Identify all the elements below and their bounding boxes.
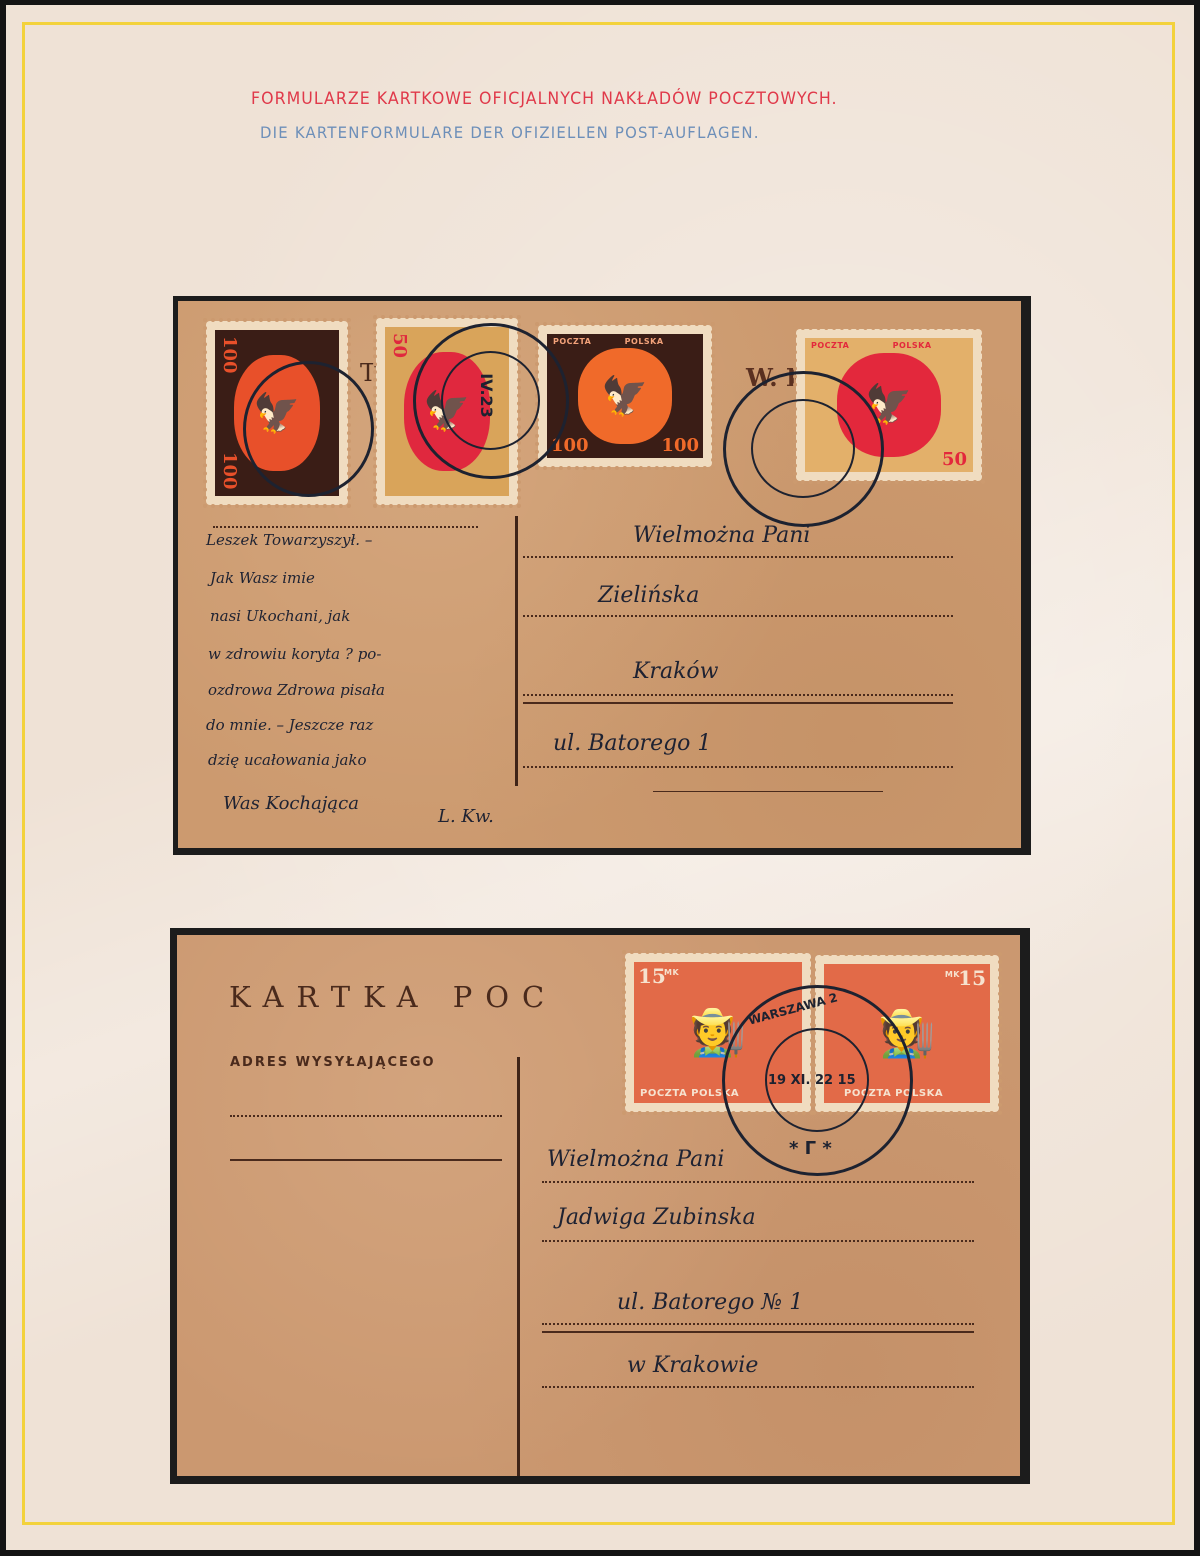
stamp-country: POCZTA POLSKA xyxy=(553,337,697,346)
message-line: Was Kochająca xyxy=(223,793,359,814)
address-line-4 xyxy=(523,766,953,768)
stamp-value: 50 xyxy=(389,333,410,358)
card-heading: KARTKA POC xyxy=(229,980,557,1014)
stamp-face: POCZTA POLSKA 🦅 100 100 xyxy=(547,334,703,458)
postcard-mount-bottom: KARTKA POC ADRES WYSYŁAJĄCEGO 15 MK 🧑‍🌾 … xyxy=(170,928,1030,1484)
postmark-inner-ring xyxy=(751,399,855,498)
address-line: w Krakowie xyxy=(627,1353,758,1378)
postmark-date: IV.23 xyxy=(477,373,496,418)
message-line: ozdrowa Zdrowa pisała xyxy=(208,681,385,699)
address-line-1 xyxy=(542,1181,974,1183)
message-line: Leszek Towarzyszył. – xyxy=(206,531,372,549)
stamp-value: 100 xyxy=(219,336,240,374)
postmark-circle: IV.23 xyxy=(413,323,569,479)
stamp-unit: MK xyxy=(945,970,960,979)
address-line: ul. Batorego № 1 xyxy=(617,1290,803,1315)
page-title-german: DIE KARTENFORMULARE DER OFIZIELLEN POST-… xyxy=(260,123,948,142)
message-line: w zdrowiu koryta ? po- xyxy=(208,645,381,663)
address-flourish xyxy=(653,791,883,792)
address-line-1 xyxy=(523,556,953,558)
message-line: do mnie. – Jeszcze raz xyxy=(206,716,373,734)
address-line-2 xyxy=(542,1240,974,1242)
address-line: ul. Batorego 1 xyxy=(553,731,711,756)
postmark-circle: WARSZAWA 2 19 XI. 22 15 * Γ * xyxy=(722,985,913,1176)
stamp-value: 15 xyxy=(958,966,986,990)
stamp-value: 100 xyxy=(661,435,699,456)
address-line-3 xyxy=(542,1323,974,1325)
card-divider xyxy=(515,516,518,786)
signature: L. Kw. xyxy=(438,806,494,827)
stamp-country: POCZTA POLSKA xyxy=(811,341,967,350)
postmark-date: 19 XI. 22 15 xyxy=(768,1073,856,1088)
sender-line-2 xyxy=(230,1159,502,1161)
eagle-icon: 🦅 xyxy=(578,348,672,445)
postcard-mount-top: T W. KAPN 🦅 100 100 🦅 50 POCZTA POLSKA 🦅… xyxy=(173,296,1031,855)
card-divider xyxy=(517,1057,520,1476)
postcard-bottom[interactable]: KARTKA POC ADRES WYSYŁAJĄCEGO 15 MK 🧑‍🌾 … xyxy=(177,935,1020,1476)
stamp-value: 15 xyxy=(638,964,666,988)
stamp-unit: MK xyxy=(664,968,679,977)
address-line: Kraków xyxy=(633,659,718,684)
sender-line xyxy=(213,526,478,528)
message-line: dzię ucałowania jako xyxy=(208,751,367,769)
address-line: Jadwiga Zubinska xyxy=(557,1205,756,1230)
message-line: Jak Wasz imie xyxy=(210,569,315,587)
postmark-circle xyxy=(723,371,884,527)
sender-line-1 xyxy=(230,1115,502,1117)
postmark-bottom: * Γ * xyxy=(789,1138,832,1159)
address-line-2 xyxy=(523,615,953,617)
sender-address-label: ADRES WYSYŁAJĄCEGO xyxy=(230,1055,436,1070)
address-line-3-underline xyxy=(542,1331,974,1333)
message-line: nasi Ukochani, jak xyxy=(210,607,350,625)
address-line: Zielińska xyxy=(598,583,699,608)
page-title-polish: FORMULARZE KARTKOWE OFICJALNYCH NAKŁADÓW… xyxy=(251,89,958,109)
address-line: Wielmożna Pani xyxy=(633,523,810,548)
postmark-circle xyxy=(243,361,374,497)
postcard-top[interactable]: T W. KAPN 🦅 100 100 🦅 50 POCZTA POLSKA 🦅… xyxy=(178,301,1021,848)
address-line: Wielmożna Pani xyxy=(547,1147,724,1172)
address-line-3-underline xyxy=(523,702,953,704)
stamp-value: 50 xyxy=(942,449,967,470)
address-line-4 xyxy=(542,1386,974,1388)
stamp-value: 100 xyxy=(219,452,240,490)
address-line-3 xyxy=(523,694,953,696)
